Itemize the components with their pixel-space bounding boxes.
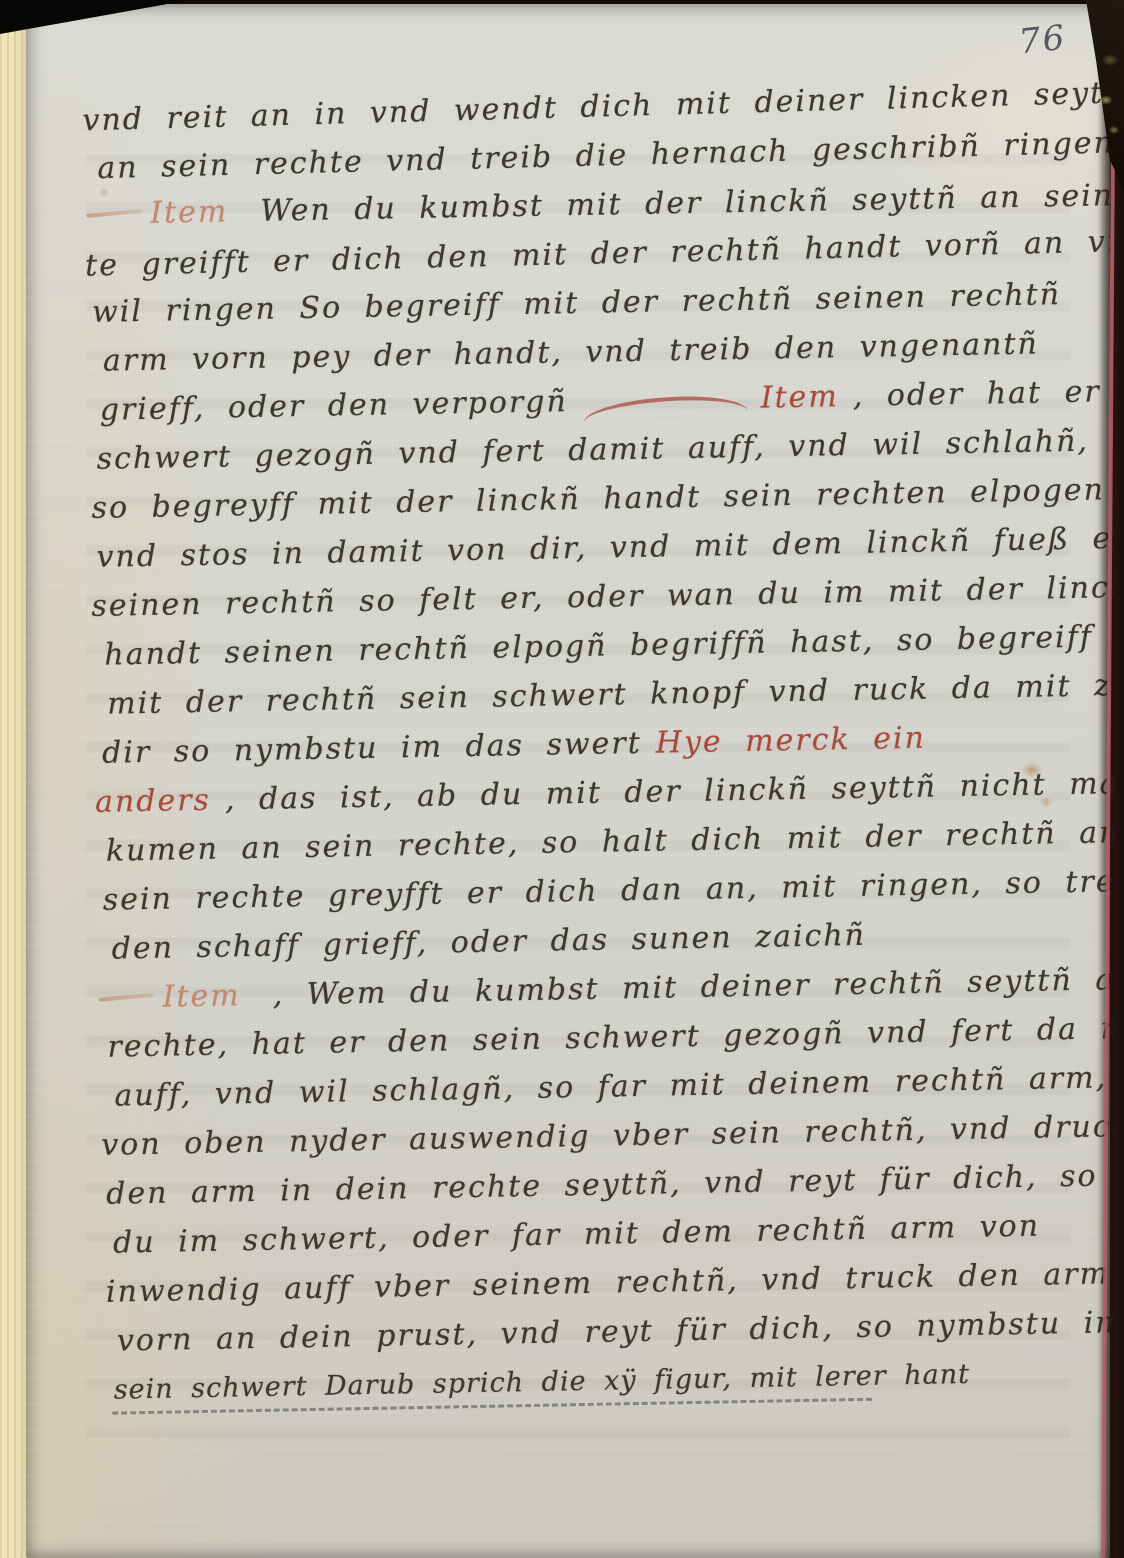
margin-rubric-item: Item xyxy=(98,978,241,1016)
text-segment: dir so nymbstu im das swert xyxy=(102,726,642,771)
folio-number: 76 xyxy=(1017,18,1068,63)
rubric-text: anders xyxy=(95,783,212,820)
rubric-text: Hye merck ein xyxy=(655,721,926,761)
rubric-flourish-stroke xyxy=(582,392,748,424)
text-segment: grieff, oder den verporgñ xyxy=(100,384,569,428)
text-segment: , oder hat er sein xyxy=(852,373,1124,414)
text-segment: sein schwert Darub sprich die xÿ figur, … xyxy=(114,1359,971,1406)
manuscript-photo: 76 vnd reit an in vnd wendt dich mit dei… xyxy=(0,0,1124,1558)
rubric-text: Item xyxy=(760,379,839,415)
text-segment: , Wem du kumbst mit deiner rechtñ seyttñ… xyxy=(272,960,1124,1013)
margin-rubric-item: Item xyxy=(86,194,229,232)
text-block: vnd reit an in vnd wendt dich mit deiner… xyxy=(82,74,1111,1415)
manuscript-page: 76 vnd reit an in vnd wendt dich mit dei… xyxy=(26,4,1110,1558)
text-segment: den schaff grieff, oder das sunen zaichñ xyxy=(111,918,866,967)
